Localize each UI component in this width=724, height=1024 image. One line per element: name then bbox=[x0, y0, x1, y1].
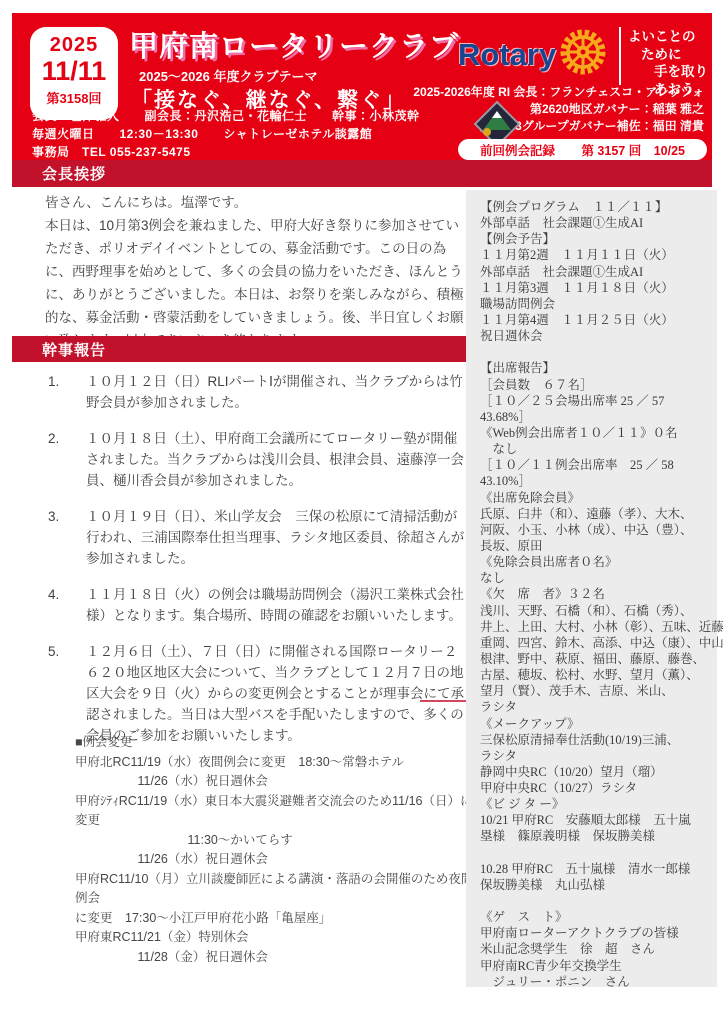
district-governor-lines: 2025-2026年度 RI 会長：フランチェスコ・アレッツォ第2620地区ガバ… bbox=[413, 84, 704, 135]
item-number: 3. bbox=[48, 506, 86, 569]
text-line: 根津、野中、萩原、福田、藤原、藤巻、 bbox=[480, 651, 709, 667]
text-line: 甲府北RC11/19（水）夜間例会に変更 18:30～常磐ホテル bbox=[75, 753, 477, 773]
text-line: 米山記念奨学生 徐 超 さん bbox=[480, 941, 709, 957]
text-line: ラシタ bbox=[480, 699, 709, 715]
office-contact-line: 事務局 TEL 055-237-5475 bbox=[32, 143, 191, 160]
text-line: 10/21 甲府RC 安藤順太郎様 五十嵐 bbox=[480, 812, 709, 828]
text-line: １１月第4週 １１月２５日（火） bbox=[480, 312, 709, 328]
text-line: 三保松原清掃奉仕活動(10/19)三浦、 bbox=[480, 732, 709, 748]
text-line: なし bbox=[480, 441, 709, 457]
text-line: ［１０／１１例会出席率 25 ／ 58 bbox=[480, 457, 709, 473]
club-name-title: 甲府南ロータリークラブ bbox=[129, 24, 459, 65]
text-line: 43.68%］ bbox=[480, 409, 709, 425]
text-line: ために bbox=[628, 46, 712, 64]
issue-year: 2025 bbox=[30, 34, 118, 57]
rotary-wordmark: Rotary bbox=[458, 37, 556, 73]
text-line: ラシタ bbox=[480, 748, 709, 764]
text-line: 《出席免除会員》 bbox=[480, 490, 709, 506]
text-line: 【例会プログラム １１／１１】 bbox=[480, 199, 709, 215]
text-line: 氏原、臼井（和）、遠藤（孝）、大木、 bbox=[480, 506, 709, 522]
text-line: 【出席報告】 bbox=[480, 360, 709, 376]
text-line: 43.10%］ bbox=[480, 473, 709, 489]
text-line: 井上、上田、大村、小林（彰）、五味、近藤、 bbox=[480, 619, 709, 635]
secretary-report-item: 5.１２月６日（土）、７日（日）に開催される国際ロータリー２６２０地区地区大会に… bbox=[48, 641, 466, 746]
text-line: 《免除会員出席者０名》 bbox=[480, 554, 709, 570]
text-line: 重岡、四宮、鈴木、高添、中込（康）、中山、 bbox=[480, 635, 709, 651]
text-line: 河阪、小玉、小林（成）、中込（豊）、 bbox=[480, 522, 709, 538]
bulletin-header: 2025 11/11 第3158回 甲府南ロータリークラブ 2025～2026 … bbox=[12, 13, 712, 160]
text-line: 11/26（水）祝日週休会 bbox=[75, 772, 477, 792]
item-text: １０月１８日（土）、甲府商工会議所にてロータリー塾が開催されました。当クラブから… bbox=[86, 428, 466, 491]
text-line: よいことの bbox=[628, 28, 712, 46]
rotary-logo: Rotary bbox=[458, 29, 606, 80]
section-title: 会長挨拶 bbox=[42, 163, 106, 184]
text-line: １１月第3週 １１月１８日（火） bbox=[480, 280, 709, 296]
text-line bbox=[480, 893, 709, 909]
text-line: ■例会変更 bbox=[75, 733, 477, 753]
secretary-report-item: 2.１０月１８日（土）、甲府商工会議所にてロータリー塾が開催されました。当クラブ… bbox=[48, 428, 466, 491]
text-line: 《欠 席 者》３２名 bbox=[480, 586, 709, 602]
item-number: 1. bbox=[48, 371, 86, 413]
item-text: １２月６日（土）、７日（日）に開催される国際ロータリー２６２０地区地区大会につい… bbox=[86, 641, 466, 746]
text-line: 望月（賢）、茂手木、吉原、米山、 bbox=[480, 683, 709, 699]
text-line: 第2620地区ガバナー：稲葉 雅之 bbox=[413, 101, 704, 118]
text-line: 2025-2026年度 RI 会長：フランチェスコ・アレッツォ bbox=[413, 84, 704, 101]
text-line: 祝日週休会 bbox=[480, 328, 709, 344]
item-text: １０月１９日（日）、米山学友会 三保の松原にて清掃活動が行われ、三浦国際奉仕担当… bbox=[86, 506, 466, 569]
text-line: １１月第2週 １１月１１日（火） bbox=[480, 247, 709, 263]
item-number: 5. bbox=[48, 641, 86, 746]
text-line: ［会員数 ６７名］ bbox=[480, 377, 709, 393]
meeting-schedule-line: 毎週火曜日 12:30－13:30 シャトレーゼホテル談露館 bbox=[32, 125, 372, 142]
secretary-report-item: 1.１０月１２日（日）RLIパートⅠが開催され、当クラブからは竹野会員が参加され… bbox=[48, 371, 466, 413]
text-line: 《Web例会出席者１０／１１》０名 bbox=[480, 425, 709, 441]
president-greeting-body: 皆さん、こんにちは。塩澤です。 本日は、10月第3例会を兼ねました、甲府大好き祭… bbox=[45, 191, 465, 352]
text-line: 山梨第3グループガバナー補佐：福田 清貴 bbox=[413, 118, 704, 135]
text-line: 11:30～かいてらす bbox=[75, 831, 477, 851]
text-line: 外部卓話 社会課題①生成AI bbox=[480, 264, 709, 280]
club-theme-year: 2025～2026 年度クラブテーマ bbox=[139, 66, 317, 85]
previous-meeting-record-pill: 前回例会記録 第 3157 回 10/25 bbox=[458, 139, 707, 160]
item-number: 2. bbox=[48, 428, 86, 491]
secretary-report-list: 1.１０月１２日（日）RLIパートⅠが開催され、当クラブからは竹野会員が参加され… bbox=[48, 371, 466, 761]
text-line: 保坂勝美様 丸山弘様 bbox=[480, 877, 709, 893]
text-line: 甲府RC11/10（月）立川談慶師匠による講演・落語の会開催のため夜間例会 bbox=[75, 870, 477, 909]
text-line bbox=[480, 845, 709, 861]
text-line: 甲府ｼﾃｨRC11/19（水）東日本大震災避難者交流会のため11/16（日）に変… bbox=[75, 792, 477, 831]
text-line: 《ゲ ス ト》 bbox=[480, 909, 709, 925]
text-line: 職場訪問例会 bbox=[480, 296, 709, 312]
section-banner-secretary-report: 幹事報告 bbox=[12, 336, 467, 362]
item-text: １０月１２日（日）RLIパートⅠが開催され、当クラブからは竹野会員が参加されまし… bbox=[86, 371, 466, 413]
text-line: 《メークアップ》 bbox=[480, 716, 709, 732]
item-number: 4. bbox=[48, 584, 86, 626]
text-line: 《ビ ジ タ ー》 bbox=[480, 796, 709, 812]
text-line: 静岡中央RC（10/20）望月（瑠） bbox=[480, 764, 709, 780]
secretary-report-item: 3.１０月１９日（日）、米山学友会 三保の松原にて清掃活動が行われ、三浦国際奉仕… bbox=[48, 506, 466, 569]
previous-record-value: 第 3157 回 10/25 bbox=[581, 141, 685, 159]
text-line: ［１０／２５会場出席率 25 ／ 57 bbox=[480, 393, 709, 409]
attendance-info-panel: 【例会プログラム １１／１１】外部卓話 社会課題①生成AI【例会予告】１１月第2… bbox=[466, 190, 717, 987]
rotary-wheel-icon bbox=[560, 29, 606, 80]
secretary-report-item: 4.１１月１８日（火）の例会は職場訪問例会（湯沢工業株式会社様）となります。集合… bbox=[48, 584, 466, 626]
section-title: 幹事報告 bbox=[42, 339, 106, 360]
section-banner-president-greeting: 会長挨拶 bbox=[12, 160, 712, 187]
text-line: ジュリー・ポニン さん bbox=[480, 974, 709, 990]
officers-line: 会長：塩澤雅人 副会長：丹沢浩己・花輪仁士 幹事：小林茂幹 bbox=[32, 107, 420, 124]
text-line: 長坂、原田 bbox=[480, 538, 709, 554]
text-line bbox=[480, 344, 709, 360]
text-line: 甲府中央RC（10/27）ラシタ bbox=[480, 780, 709, 796]
text-line: 11/28（金）祝日週休会 bbox=[75, 948, 477, 968]
issue-date: 11/11 bbox=[30, 57, 118, 85]
header-divider bbox=[619, 27, 621, 85]
meeting-number: 第3158回 bbox=[30, 88, 118, 107]
text-line: 甲府南RC青少年交換学生 bbox=[480, 958, 709, 974]
text-line: 甲府南ローターアクトクラブの皆様 bbox=[480, 925, 709, 941]
text-line: 外部卓話 社会課題①生成AI bbox=[480, 215, 709, 231]
text-line: 古屋、穂坂、松村、水野、望月（薫）、 bbox=[480, 667, 709, 683]
text-line: 【例会予告】 bbox=[480, 231, 709, 247]
text-line: 塁様 篠原義明様 保坂勝美様 bbox=[480, 828, 709, 844]
previous-record-label: 前回例会記録 bbox=[480, 141, 555, 159]
makeup-marker-line bbox=[420, 700, 467, 702]
text-line: なし bbox=[480, 570, 709, 586]
item-text: １１月１８日（火）の例会は職場訪問例会（湯沢工業株式会社様）となります。集合場所… bbox=[86, 584, 466, 626]
text-line: 甲府東RC11/21（金）特別休会 bbox=[75, 928, 477, 948]
text-line: に変更 17:30～小江戸甲府花小路「亀屋座」 bbox=[75, 909, 477, 929]
text-line: 浅川、天野、石橋（和）、石橋（秀）、 bbox=[480, 603, 709, 619]
meeting-change-notices: ■例会変更甲府北RC11/19（水）夜間例会に変更 18:30～常磐ホテル 11… bbox=[75, 733, 477, 967]
text-line: 10.28 甲府RC 五十嵐様 清水一郎様 bbox=[480, 861, 709, 877]
text-line: 11/26（水）祝日週休会 bbox=[75, 850, 477, 870]
